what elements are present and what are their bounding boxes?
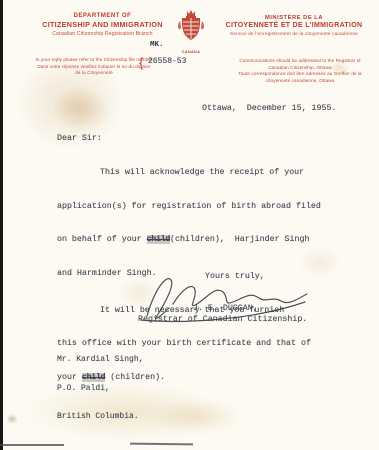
overtyped-word: child [147, 235, 170, 244]
note-right: Communications should be addressed to th… [230, 58, 370, 84]
recipient-name: Mr. Kardial Singh, [57, 355, 143, 366]
file-number-brace: { [139, 55, 143, 70]
paper-stain [52, 86, 110, 132]
body-text: (children), Harjinder Singh [170, 235, 309, 244]
letterhead-fr-line2: CITOYENNETÉ ET DE L'IMMIGRATION [218, 22, 370, 29]
signer-title: Registrar of Canadian Citizenship. [138, 315, 307, 324]
signer-name: J. E. DUGGAN, [193, 304, 258, 313]
scan-artifact-line [130, 443, 193, 446]
letterhead-french: MINISTÈRE DE LA CITOYENNETÉ ET DE L'IMMI… [218, 15, 370, 36]
scanned-letter-page: DEPARTMENT OF CITIZENSHIP AND IMMIGRATIO… [0, 0, 379, 450]
note-right-line2: Toute correspondance doit être adressée … [230, 71, 370, 84]
letterhead-en-line3: Canadian Citizenship Registration Branch [25, 31, 180, 37]
canada-crest: CANADA [176, 9, 206, 53]
letterhead-en-line2: CITIZENSHIP AND IMMIGRATION [25, 20, 180, 29]
letterhead-fr-line3: Service de l'enregistrement de la citoye… [218, 31, 370, 36]
recipient-province: British Columbia. [57, 412, 143, 423]
body-text: on behalf of your [57, 235, 147, 244]
body-line: on behalf of your child(children), Harji… [57, 235, 342, 251]
letterhead-english: DEPARTMENT OF CITIZENSHIP AND IMMIGRATIO… [25, 13, 180, 37]
body-line: This will acknowledge the receipt of you… [57, 168, 342, 184]
dateline: Ottawa, December 15, 1955. [202, 104, 336, 113]
salutation: Dear Sir: [57, 134, 102, 143]
recipient-po: P.O. Paldi, [57, 384, 143, 395]
file-number: 26558-53 [148, 57, 186, 66]
body-line: application(s) for registration of birth… [57, 202, 342, 218]
typist-initials: MK. [150, 41, 164, 49]
letterhead-fr-line1: MINISTÈRE DE LA [218, 15, 370, 21]
recipient-address: Mr. Kardial Singh, P.O. Paldi, British C… [57, 337, 143, 441]
note-right-line1: Communications should be addressed to th… [230, 58, 370, 71]
scan-artifact-line [0, 444, 64, 446]
letterhead-en-line1: DEPARTMENT OF [25, 13, 180, 19]
file-note-left-line3: de la Citoyenneté [28, 70, 160, 77]
paper-stain [6, 414, 18, 424]
canada-crest-icon [176, 9, 206, 45]
crest-caption: CANADA [176, 50, 206, 54]
scan-edge-left [0, 0, 3, 450]
